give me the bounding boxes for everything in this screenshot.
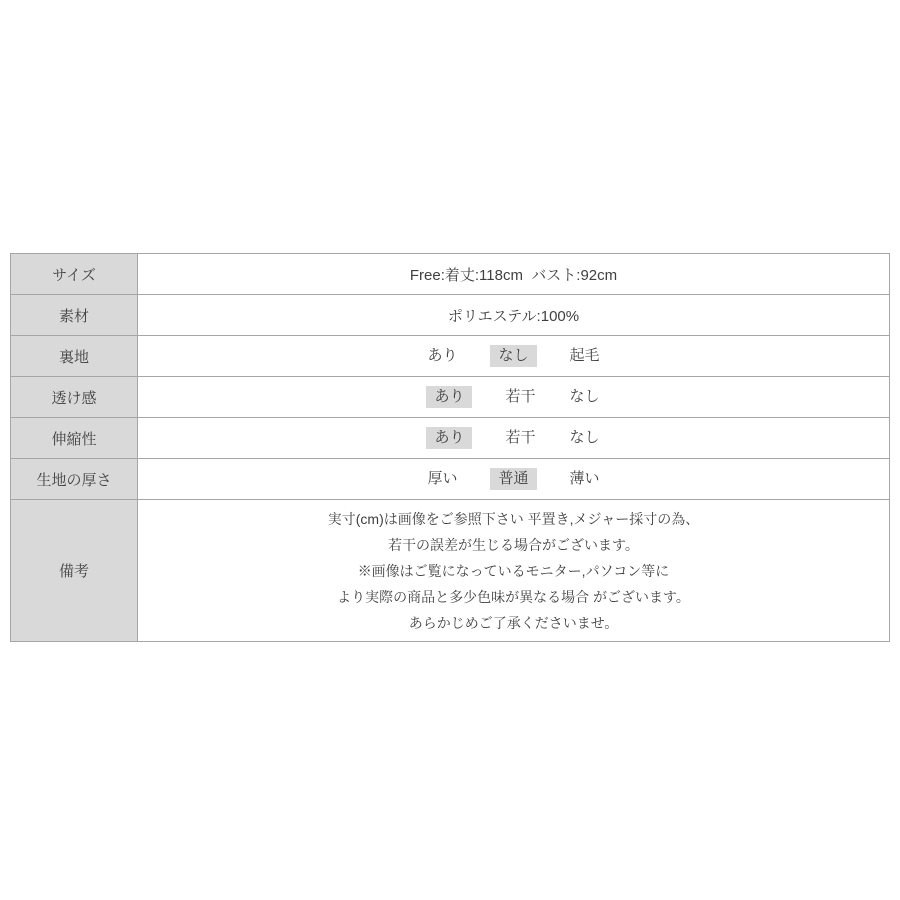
option-stretch-jakkan: 若干 (504, 427, 536, 449)
row-value-thickness: 厚い 普通 薄い (138, 459, 890, 500)
table-row-sheerness: 透け感 あり 若干 なし (11, 377, 890, 418)
row-label-material: 素材 (11, 295, 138, 336)
row-value-size: Free:着丈:118cm バスト:92cm (138, 254, 890, 295)
row-value-stretch: あり 若干 なし (138, 418, 890, 459)
table-row-notes: 備考 実寸(cm)は画像をご参照下さい 平置き,メジャー採寸の為、 若干の誤差が… (11, 500, 890, 642)
row-label-thickness: 生地の厚さ (11, 459, 138, 500)
note-line: ※画像はご覧になっているモニター,パソコン等に (138, 558, 889, 584)
row-label-notes: 備考 (11, 500, 138, 642)
table-row-stretch: 伸縮性 あり 若干 なし (11, 418, 890, 459)
option-sheerness-jakkan: 若干 (504, 386, 536, 408)
note-line: 若干の誤差が生じる場合がございます。 (138, 532, 889, 558)
table-row-lining: 裏地 あり なし 起毛 (11, 336, 890, 377)
option-thickness-atsui: 厚い (426, 468, 458, 490)
row-value-material: ポリエステル:100% (138, 295, 890, 336)
note-line: あらかじめご了承くださいませ。 (138, 610, 889, 636)
table-row-thickness: 生地の厚さ 厚い 普通 薄い (11, 459, 890, 500)
option-sheerness-ari: あり (426, 386, 472, 408)
row-label-sheerness: 透け感 (11, 377, 138, 418)
option-lining-nashi: なし (490, 345, 536, 367)
thickness-options: 厚い 普通 薄い (138, 468, 889, 490)
option-lining-ari: あり (426, 345, 458, 367)
material-value: ポリエステル:100% (448, 308, 579, 325)
row-value-sheerness: あり 若干 なし (138, 377, 890, 418)
lining-options: あり なし 起毛 (138, 345, 889, 367)
stretch-options: あり 若干 なし (138, 427, 889, 449)
option-thickness-futsuu: 普通 (490, 468, 536, 490)
option-thickness-usui: 薄い (569, 468, 601, 490)
row-label-size: サイズ (11, 254, 138, 295)
note-line: より実際の商品と多少色味が異なる場合 がございます。 (138, 584, 889, 610)
option-lining-kimo: 起毛 (569, 345, 601, 367)
option-sheerness-nashi: なし (569, 386, 601, 408)
product-spec-table: サイズ Free:着丈:118cm バスト:92cm 素材 ポリエステル:100… (10, 253, 890, 642)
option-stretch-nashi: なし (569, 427, 601, 449)
table-row-material: 素材 ポリエステル:100% (11, 295, 890, 336)
option-stretch-ari: あり (426, 427, 472, 449)
size-value: Free:着丈:118cm バスト:92cm (410, 267, 617, 284)
note-line: 実寸(cm)は画像をご参照下さい 平置き,メジャー採寸の為、 (138, 506, 889, 532)
row-value-lining: あり なし 起毛 (138, 336, 890, 377)
row-value-notes: 実寸(cm)は画像をご参照下さい 平置き,メジャー採寸の為、 若干の誤差が生じる… (138, 500, 890, 642)
row-label-lining: 裏地 (11, 336, 138, 377)
table-row-size: サイズ Free:着丈:118cm バスト:92cm (11, 254, 890, 295)
row-label-stretch: 伸縮性 (11, 418, 138, 459)
sheerness-options: あり 若干 なし (138, 386, 889, 408)
